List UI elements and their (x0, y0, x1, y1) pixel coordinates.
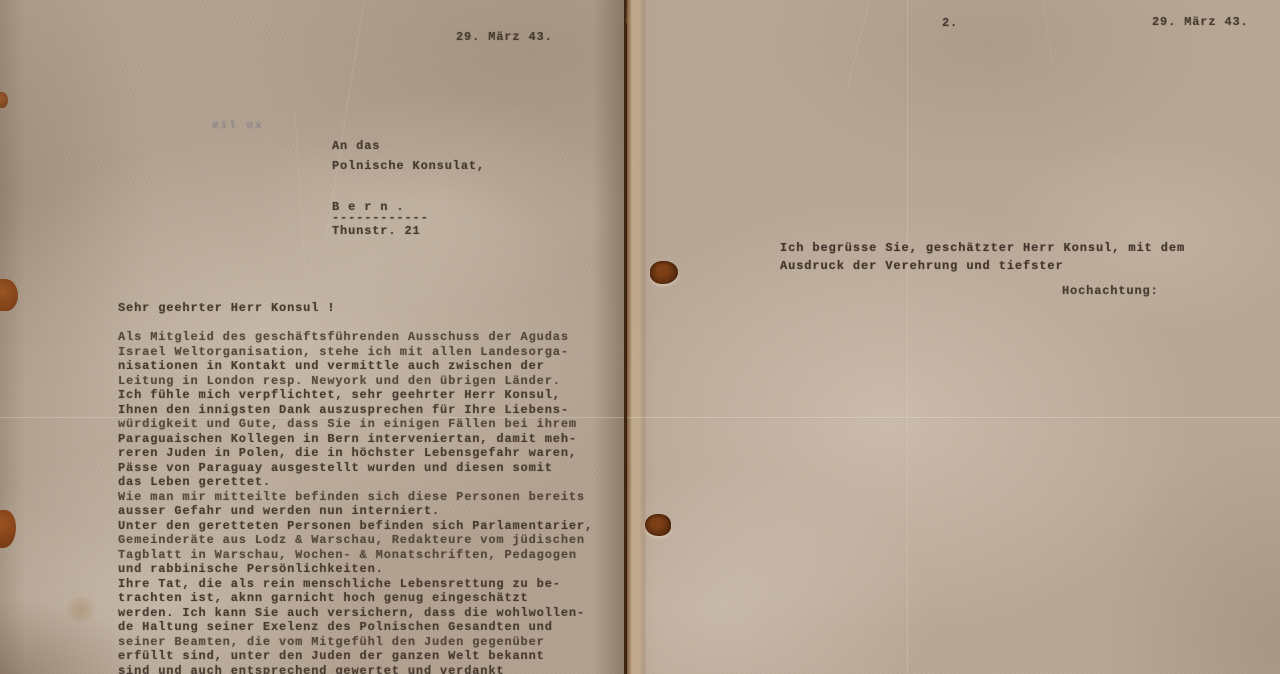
letter-body-line: trachten ist, aknn garnicht hoch genug e… (118, 591, 593, 606)
letter-closing: Ich begrüsse Sie, geschätzter Herr Konsu… (780, 240, 1185, 275)
letter-body-line: Leitung in London resp. Newyork und den … (118, 374, 593, 389)
letter-body-line: Paraguaischen Kollegen in Bern interveni… (118, 432, 593, 447)
recipient-street: Thunstr. 21 (332, 224, 421, 238)
rust-spot-upper (0, 279, 18, 311)
letter-body-line: Unter den geretteten Personen befinden s… (118, 519, 593, 534)
page-number: 2. (942, 16, 958, 30)
letter-body-line: sind und auch entsprechend gewertet und … (118, 664, 593, 674)
fold-crease-faint (1042, 0, 1053, 65)
letter-body-line: seiner Beamten, die vom Mitgefühl den Ju… (118, 635, 593, 650)
letter-body-line: ausser Gefahr und werden nun interniert. (118, 504, 593, 519)
punch-hole-top (650, 261, 678, 284)
letter-body-line: Pässe von Paraguay ausgestellt wurden un… (118, 461, 593, 476)
letter-body-line: de Haltung seiner Exelenz des Polnischen… (118, 620, 593, 635)
letter-page-2: 2. 29. März 43. Ich begrüsse Sie, geschä… (627, 0, 1280, 674)
letter-body-line: würdigkeit und Gute, dass Sie in einigen… (118, 417, 593, 432)
letter-body-line: nisationen in Kontakt und vermittle auch… (118, 359, 593, 374)
city-underline-dashes: ------------ (332, 211, 429, 225)
closing-line: Ausdruck der Verehrung und tiefster (780, 258, 1185, 276)
letter-body-line: Tagblatt in Warschau, Wochen- & Monatsch… (118, 548, 593, 563)
valediction: Hochachtung: (1062, 284, 1159, 298)
page-deckle-edge (627, 0, 647, 674)
letter-body-line: und rabbinische Persönlichkeiten. (118, 562, 593, 577)
letter-page-1: 29. März 43. eil ux An das Polnische Kon… (0, 0, 624, 674)
letter-body-line: reren Juden in Polen, die in höchster Le… (118, 446, 593, 461)
fold-crease-diagonal (847, 0, 873, 89)
letter-date: 29. März 43. (1152, 15, 1249, 29)
punch-hole-bottom (645, 514, 671, 536)
letter-date: 29. März 43. (456, 30, 553, 44)
letter-body-line: Wie man mir mitteilte befinden sich dies… (118, 490, 593, 505)
letter-body: Als Mitgleid des geschäftsführenden Auss… (118, 330, 593, 674)
letter-body-line: Ihre Tat, die als rein menschliche Leben… (118, 577, 593, 592)
fold-crease-faint (294, 110, 308, 280)
letter-body-line: Ich fühle mich verpflichtet, sehr geehrt… (118, 388, 593, 403)
rust-spot-lower (0, 510, 16, 548)
faded-stamp-mark: eil ux (212, 120, 264, 132)
letter-scan: 29. März 43. eil ux An das Polnische Kon… (0, 0, 1280, 674)
paper-stain (66, 596, 96, 623)
letter-body-line: Israel Weltorganisation, stehe ich mit a… (118, 345, 593, 360)
fold-crease-horizontal (627, 417, 1280, 419)
fold-crease-vertical (907, 0, 909, 674)
letter-body-line: Gemeinderäte aus Lodz & Warschau, Redakt… (118, 533, 593, 548)
recipient-line: An das (332, 139, 380, 153)
letter-body-line: das Leben gerettet. (118, 475, 593, 490)
rust-spot-small (0, 92, 8, 108)
letter-body-line: Ihnen den innigsten Dank auszusprechen f… (118, 403, 593, 418)
letter-body-line: erfüllt sind, unter den Juden der ganzen… (118, 649, 593, 664)
letter-body-line: werden. Ich kann Sie auch versichern, da… (118, 606, 593, 621)
recipient-line: Polnische Konsulat, (332, 159, 485, 173)
salutation: Sehr geehrter Herr Konsul ! (118, 301, 335, 315)
closing-line: Ich begrüsse Sie, geschätzter Herr Konsu… (780, 240, 1185, 258)
letter-body-line: Als Mitgleid des geschäftsführenden Auss… (118, 330, 593, 345)
